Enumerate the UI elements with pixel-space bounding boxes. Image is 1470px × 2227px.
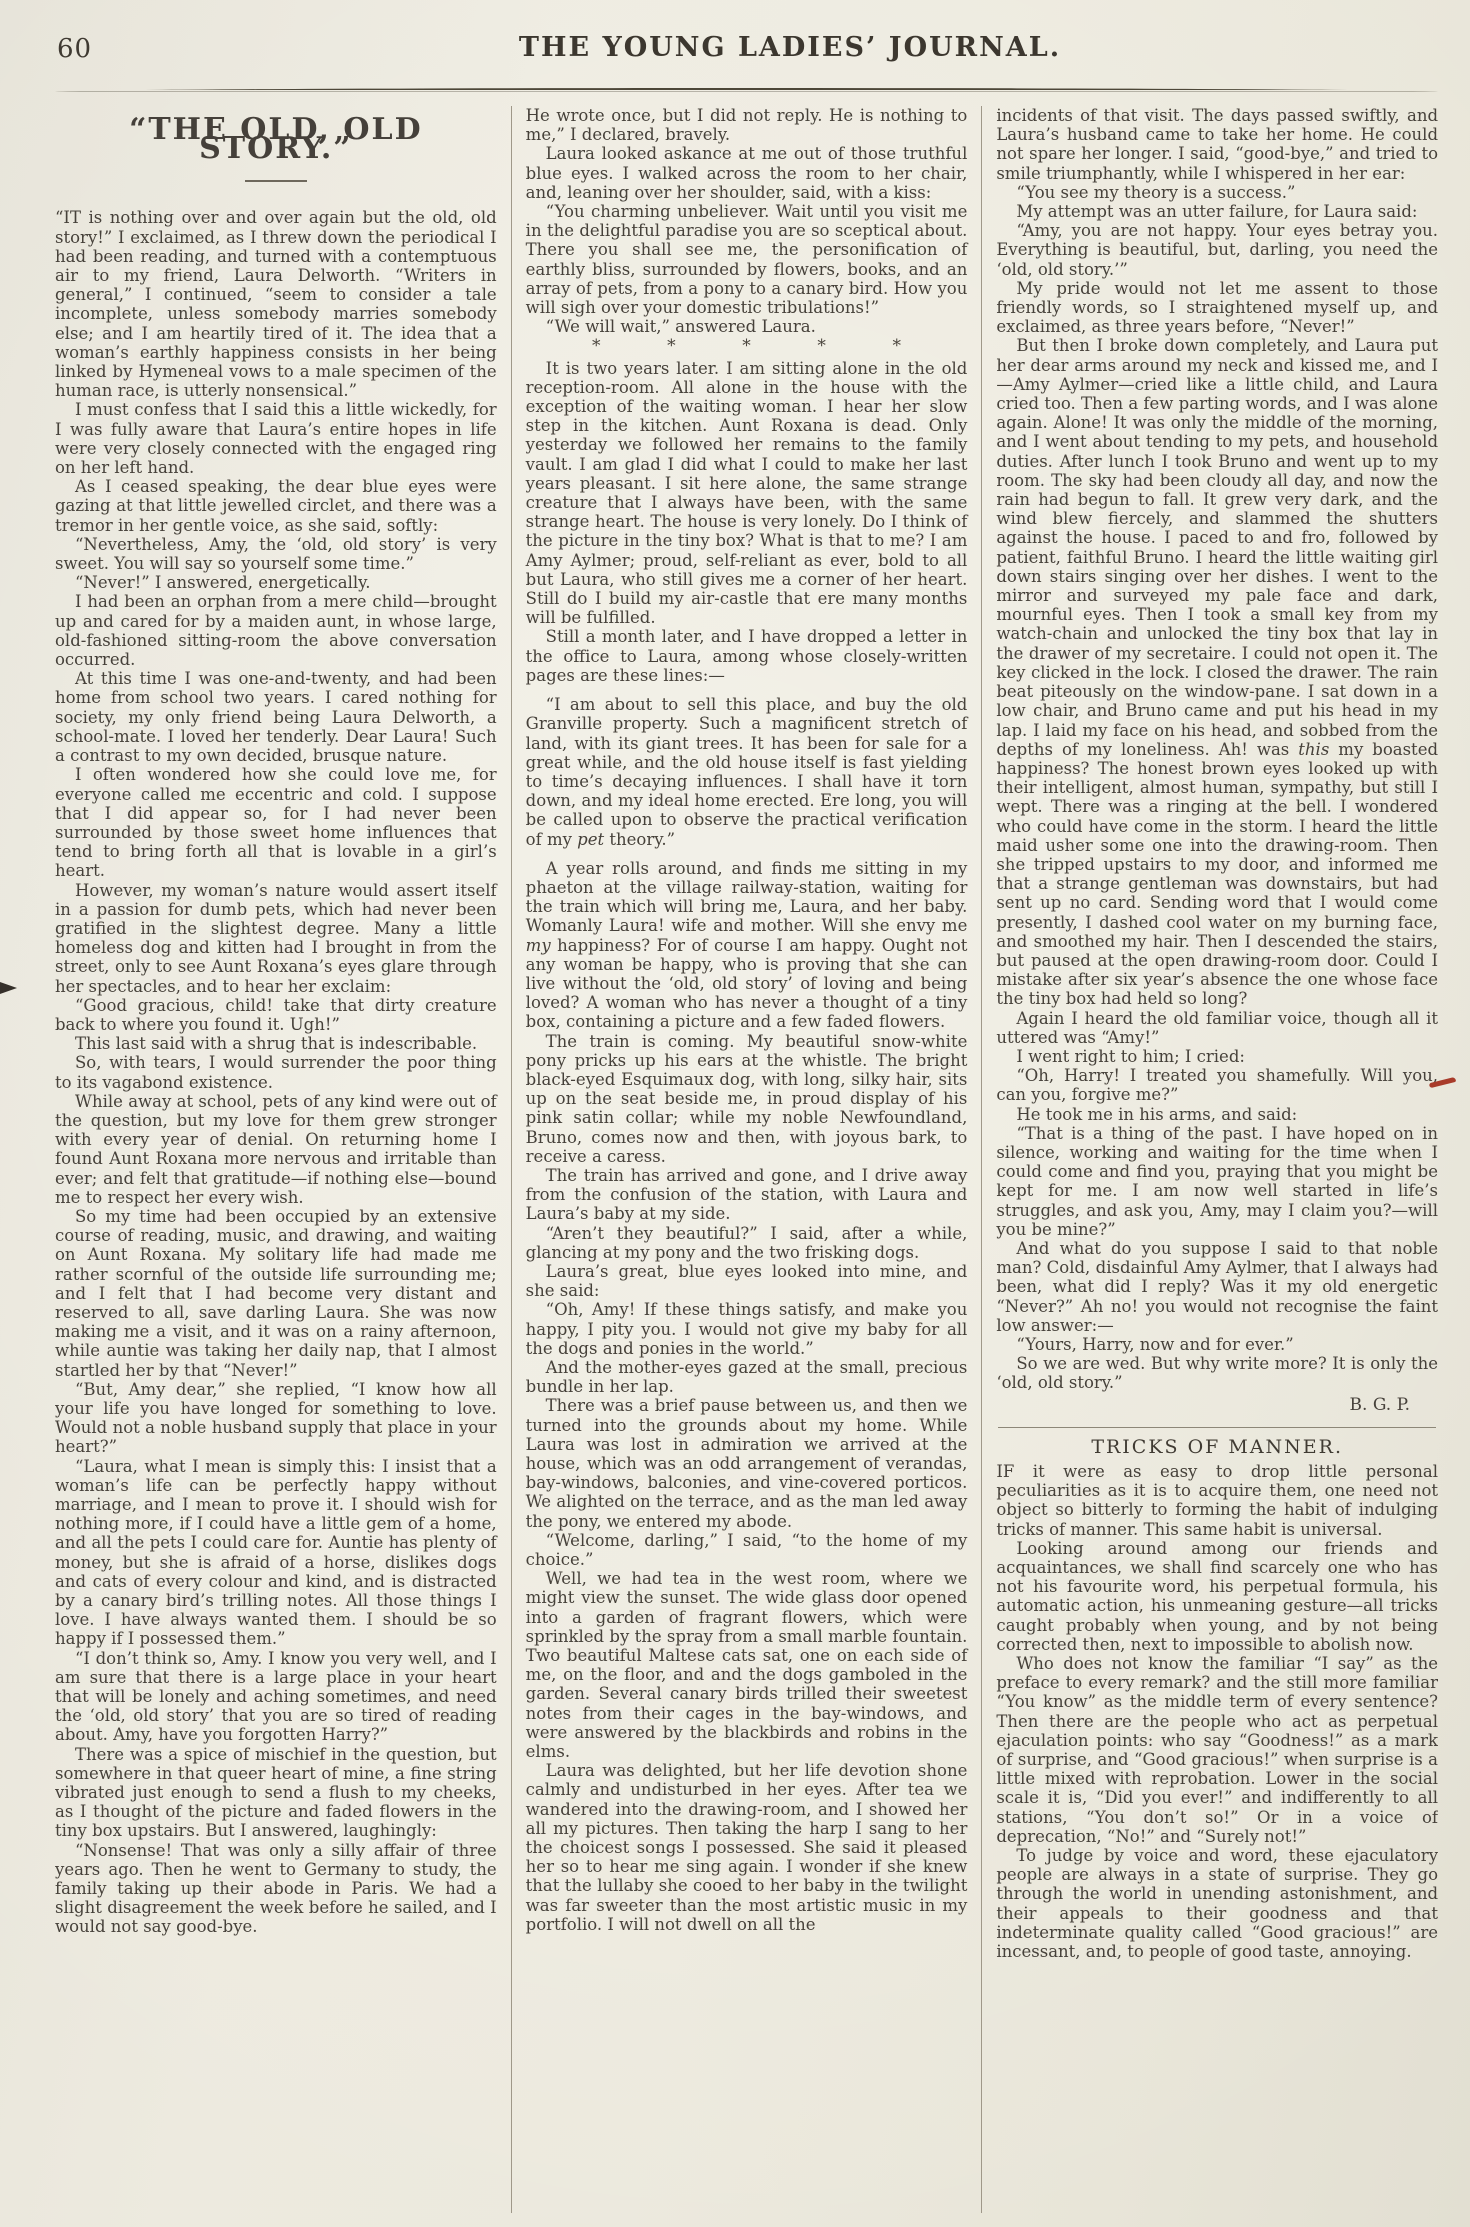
- paragraph: The train is coming. My beautiful snow-w…: [526, 1032, 968, 1166]
- paragraph: This last said with a shrug that is inde…: [55, 1034, 497, 1053]
- paragraph: Laura was delighted, but her life devoti…: [526, 1761, 968, 1934]
- journal-title: THE YOUNG LADIES’ JOURNAL.: [110, 32, 1470, 63]
- section-divider-rule: [998, 1427, 1436, 1428]
- paragraph: So, with tears, I would surrender the po…: [55, 1053, 497, 1091]
- paragraph: “Yours, Harry, now and for ever.”: [996, 1335, 1438, 1354]
- paragraph: At this time I was one-and-twenty, and h…: [55, 669, 497, 765]
- paragraph: So we are wed. But why write more? It is…: [996, 1354, 1438, 1392]
- column-2: He wrote once, but I did not reply. He i…: [512, 106, 983, 2213]
- article-title: TRICKS OF MANNER.: [996, 1438, 1438, 1457]
- paragraph: I must confess that I said this a little…: [55, 400, 497, 477]
- paragraph: Well, we had tea in the west room, where…: [526, 1569, 968, 1761]
- paragraph: My attempt was an utter failure, for Lau…: [996, 202, 1438, 221]
- paragraph: Looking around among our friends and acq…: [996, 1539, 1438, 1654]
- paragraph: Again I heard the old familiar voice, th…: [996, 1009, 1438, 1047]
- paragraph: He wrote once, but I did not reply. He i…: [526, 106, 968, 144]
- paragraph: “Never!” I answered, energetically.: [55, 573, 497, 592]
- paragraph: A year rolls around, and finds me sittin…: [526, 859, 968, 1032]
- column-3: incidents of that visit. The days passed…: [982, 106, 1438, 2213]
- paragraph: “Oh, Harry! I treated you shamefully. Wi…: [996, 1066, 1438, 1104]
- paragraph: I went right to him; I cried:: [996, 1047, 1438, 1066]
- paragraph: “That is a thing of the past. I have hop…: [996, 1124, 1438, 1239]
- paragraph: “IT is nothing over and over again but t…: [55, 208, 497, 400]
- paragraph: The train has arrived and gone, and I dr…: [526, 1166, 968, 1224]
- paragraph: “Welcome, darling,” I said, “to the home…: [526, 1531, 968, 1569]
- title-divider: [245, 180, 307, 182]
- paragraph: However, my woman’s nature would assert …: [55, 881, 497, 996]
- paragraph: I often wondered how she could love me, …: [55, 765, 497, 880]
- paragraph: “We will wait,” answered Laura.: [526, 317, 968, 336]
- paragraph: Still a month later, and I have dropped …: [526, 627, 968, 685]
- paragraph: Laura’s great, blue eyes looked into min…: [526, 1262, 968, 1300]
- paragraph: There was a brief pause between us, and …: [526, 1396, 968, 1530]
- paragraph: “Oh, Amy! If these things satisfy, and m…: [526, 1300, 968, 1358]
- paragraph: “Aren’t they beautiful?” I said, after a…: [526, 1224, 968, 1262]
- paragraph: “Nevertheless, Amy, the ‘old, old story’…: [55, 535, 497, 573]
- margin-mark-icon: [0, 982, 17, 994]
- paragraph: “Laura, what I mean is simply this: I in…: [55, 1457, 497, 1649]
- paragraph: He took me in his arms, and said:: [996, 1105, 1438, 1124]
- header-rule: [55, 88, 1438, 92]
- paragraph: “But, Amy dear,” she replied, “I know ho…: [55, 1380, 497, 1457]
- paragraph: “I am about to sell this place, and buy …: [526, 695, 968, 849]
- paragraph: To judge by voice and word, these ejacul…: [996, 1846, 1438, 1961]
- paragraph: And what do you suppose I said to that n…: [996, 1239, 1438, 1335]
- paragraph: While away at school, pets of any kind w…: [55, 1092, 497, 1207]
- paragraph: It is two years later. I am sitting alon…: [526, 359, 968, 628]
- paragraph: My pride would not let me assent to thos…: [996, 279, 1438, 337]
- section-break-asterisks: * * * * *: [526, 337, 968, 356]
- page-number: 60: [57, 34, 92, 64]
- paragraph: I had been an orphan from a mere child—b…: [55, 592, 497, 669]
- text-columns: “THE OLD, OLD STORY.”“IT is nothing over…: [0, 92, 1470, 2213]
- paragraph: “I don’t think so, Amy. I know you very …: [55, 1649, 497, 1745]
- paragraph: There was a spice of mischief in the que…: [55, 1745, 497, 1841]
- paragraph: IF it were as easy to drop little person…: [996, 1462, 1438, 1539]
- masthead: 60 THE YOUNG LADIES’ JOURNAL.: [0, 0, 1470, 92]
- story-title: “THE OLD, OLD STORY.”: [55, 120, 497, 158]
- paragraph: And the mother-eyes gazed at the small, …: [526, 1358, 968, 1396]
- paragraph: “Nonsense! That was only a silly affair …: [55, 1841, 497, 1937]
- paragraph: “Amy, you are not happy. Your eyes betra…: [996, 221, 1438, 279]
- paragraph: So my time had been occupied by an exten…: [55, 1207, 497, 1380]
- paragraph: “You see my theory is a success.”: [996, 183, 1438, 202]
- author-initials: B. G. P.: [996, 1396, 1438, 1415]
- paragraph: incidents of that visit. The days passed…: [996, 106, 1438, 183]
- column-1: “THE OLD, OLD STORY.”“IT is nothing over…: [55, 106, 512, 2213]
- paragraph: “Good gracious, child! take that dirty c…: [55, 996, 497, 1034]
- paragraph: Laura looked askance at me out of those …: [526, 144, 968, 202]
- journal-page: 60 THE YOUNG LADIES’ JOURNAL. “THE OLD, …: [0, 0, 1470, 2227]
- paragraph: As I ceased speaking, the dear blue eyes…: [55, 477, 497, 535]
- paragraph: “You charming unbeliever. Wait until you…: [526, 202, 968, 317]
- paragraph: But then I broke down completely, and La…: [996, 336, 1438, 1008]
- paragraph: Who does not know the familiar “I say” a…: [996, 1654, 1438, 1846]
